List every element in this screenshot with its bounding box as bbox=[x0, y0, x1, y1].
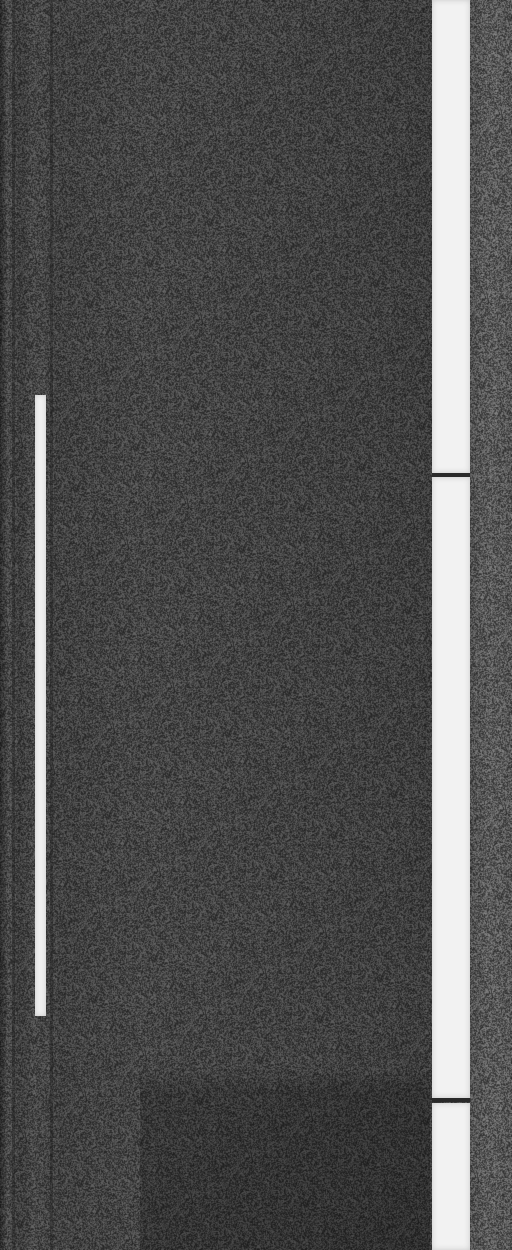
marking-break bbox=[432, 1098, 470, 1102]
road-edge-seam bbox=[12, 0, 15, 1250]
right-edge-marking-segment bbox=[432, 0, 470, 473]
road-edge-seam bbox=[50, 0, 53, 1250]
right-edge-marking-segment bbox=[432, 477, 470, 1098]
left-lane-marking bbox=[35, 395, 46, 1016]
shadow-area bbox=[140, 1070, 430, 1250]
right-edge-marking-segment bbox=[432, 1103, 470, 1250]
road-photo bbox=[0, 0, 512, 1250]
